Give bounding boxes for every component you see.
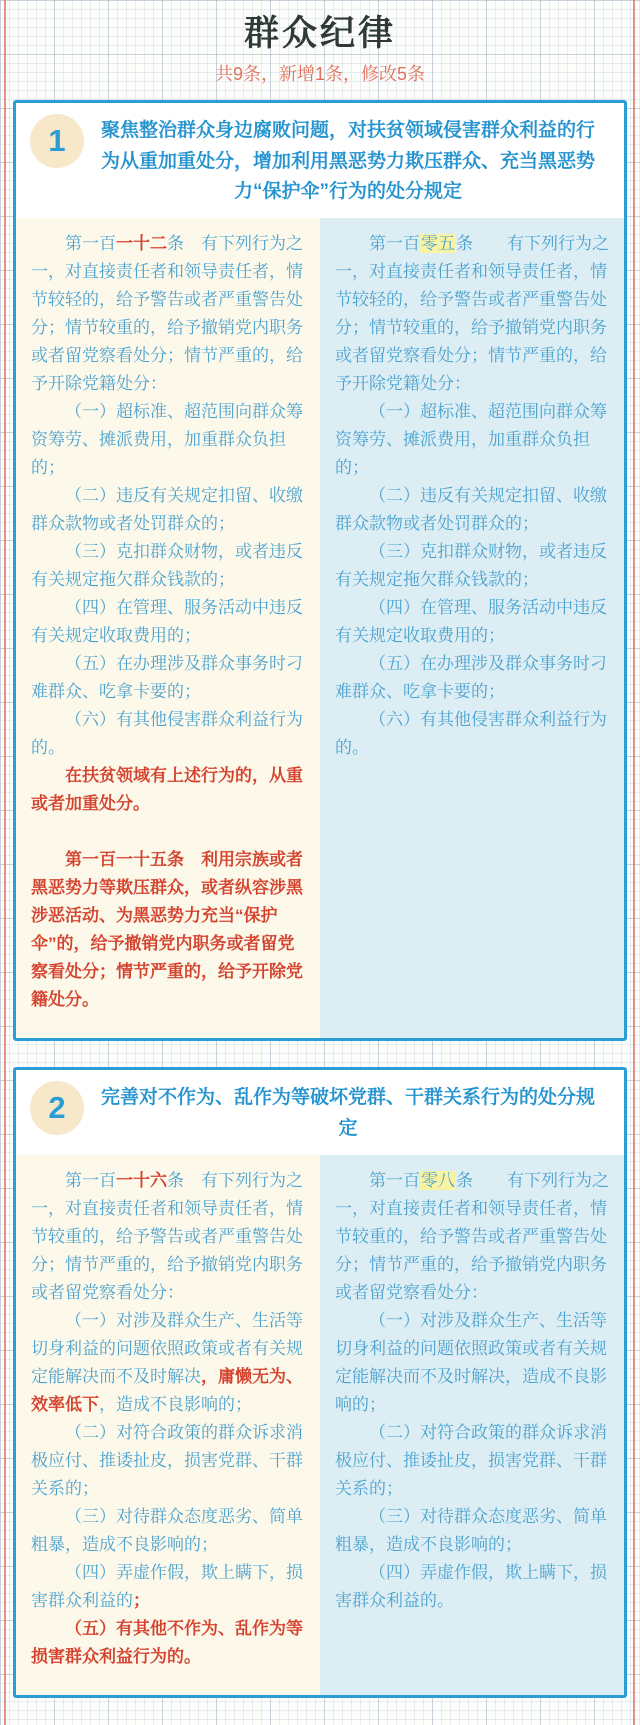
section-number-badge: 1 <box>30 114 84 168</box>
previous-rule-column: 第一百零八条 有下列行为之一，对直接责任者和领导责任者，情节较重的，给予警告或者… <box>320 1155 624 1695</box>
paragraph: （六）有其他侵害群众利益行为的。 <box>31 706 305 762</box>
body-text: （五）在办理涉及群众事务时刁难群众、吃拿卡要的； <box>31 654 303 701</box>
paragraph: （三）克扣群众财物，或者违反有关规定拖欠群众钱款的； <box>335 538 609 594</box>
section-2-header: 2 完善对不作为、乱作为等破坏党群、干群关系行为的处分规定 <box>16 1070 624 1155</box>
emphasized-text: 一十六 <box>116 1171 167 1190</box>
highlighted-text: 零五 <box>420 234 456 253</box>
paragraph: （三）对待群众态度恶劣、简单粗暴，造成不良影响的； <box>335 1503 609 1559</box>
paragraph: 第一百一十五条 利用宗族或者黑恶势力等欺压群众，或者纵容涉黑涉恶活动、为黑恶势力… <box>31 846 305 1014</box>
paragraph: （二）对符合政策的群众诉求消极应付、推诿扯皮，损害党群、干群关系的； <box>335 1419 609 1503</box>
previous-rule-column: 第一百零五条 有下列行为之一，对直接责任者和领导责任者，情节较轻的，给予警告或者… <box>320 218 624 1038</box>
revised-rule-column: 第一百一十二条 有下列行为之一，对直接责任者和领导责任者，情节较轻的，给予警告或… <box>16 218 320 1038</box>
comparison-columns: 第一百一十二条 有下列行为之一，对直接责任者和领导责任者，情节较轻的，给予警告或… <box>16 218 624 1038</box>
section-heading: 聚焦整治群众身边腐败问题，对扶贫领域侵害群众利益的行为从重加重处分，增加利用黑恶… <box>92 116 604 207</box>
body-text: 第一百 <box>369 1171 420 1190</box>
paragraph: 第一百一十二条 有下列行为之一，对直接责任者和领导责任者，情节较轻的，给予警告或… <box>31 230 305 398</box>
bottom-spacer <box>0 1698 640 1714</box>
paragraph: （四）在管理、服务活动中违反有关规定收取费用的； <box>335 594 609 650</box>
body-text: （一）超标准、超范围向群众筹资筹劳、摊派费用，加重群众负担的； <box>31 402 303 477</box>
body-text: 条 有下列行为之一，对直接责任者和领导责任者，情节较轻的，给予警告或者严重警告处… <box>335 234 609 393</box>
paragraph: （三）克扣群众财物，或者违反有关规定拖欠群众钱款的； <box>31 538 305 594</box>
section-gap <box>0 1041 640 1067</box>
body-text: （四）在管理、服务活动中违反有关规定收取费用的； <box>31 598 303 645</box>
notebook-margin-line-left <box>4 0 6 1725</box>
paragraph: （五）有其他不作为、乱作为等损害群众利益行为的。 <box>31 1615 305 1671</box>
section-heading: 完善对不作为、乱作为等破坏党群、干群关系行为的处分规定 <box>92 1083 604 1144</box>
paragraph: （四）弄虚作假，欺上瞒下，损害群众利益的； <box>31 1559 305 1615</box>
section-1-header: 1 聚焦整治群众身边腐败问题，对扶贫领域侵害群众利益的行为从重加重处分，增加利用… <box>16 103 624 218</box>
paragraph: 第一百零五条 有下列行为之一，对直接责任者和领导责任者，情节较轻的，给予警告或者… <box>335 230 609 398</box>
body-text: （五）在办理涉及群众事务时刁难群众、吃拿卡要的； <box>335 654 607 701</box>
highlighted-text: 零八 <box>420 1171 456 1190</box>
body-text: 第一百 <box>369 234 420 253</box>
paragraph: （三）对待群众态度恶劣、简单粗暴，造成不良影响的； <box>31 1503 305 1559</box>
section-card-2: 2 完善对不作为、乱作为等破坏党群、干群关系行为的处分规定 第一百一十六条 有下… <box>13 1067 627 1698</box>
body-text: （四）弄虚作假，欺上瞒下，损害群众利益的。 <box>335 1563 607 1610</box>
body-text: （六）有其他侵害群众利益行为的。 <box>335 710 607 757</box>
body-text: 条 有下列行为之一，对直接责任者和领导责任者，情节较重的，给予警告或者严重警告处… <box>335 1171 609 1302</box>
paragraph: （一）超标准、超范围向群众筹资筹劳、摊派费用，加重群众负担的； <box>335 398 609 482</box>
body-text: 条 有下列行为之一，对直接责任者和领导责任者，情节较重的，给予警告或者严重警告处… <box>31 1171 303 1302</box>
paragraph: （二）对符合政策的群众诉求消极应付、推诿扯皮，损害党群、干群关系的； <box>31 1419 305 1503</box>
paragraph: 第一百一十六条 有下列行为之一，对直接责任者和领导责任者，情节较重的，给予警告或… <box>31 1167 305 1307</box>
body-text: （一）超标准、超范围向群众筹资筹劳、摊派费用，加重群众负担的； <box>335 402 607 477</box>
body-text: （三）对待群众态度恶劣、简单粗暴，造成不良影响的； <box>31 1507 303 1554</box>
body-text: 第一百 <box>65 1171 116 1190</box>
revised-rule-column: 第一百一十六条 有下列行为之一，对直接责任者和领导责任者，情节较重的，给予警告或… <box>16 1155 320 1695</box>
body-text: （六）有其他侵害群众利益行为的。 <box>31 710 303 757</box>
page-title: 群众纪律 <box>0 0 640 54</box>
paragraph: 在扶贫领域有上述行为的，从重或者加重处分。 <box>31 762 305 818</box>
body-text: ，造成不良影响的； <box>99 1395 252 1414</box>
paragraph: （一）对涉及群众生产、生活等切身利益的问题依照政策或者有关规定能解决而不及时解决… <box>31 1307 305 1419</box>
page-subtitle: 共9条，新增1条，修改5条 <box>0 60 640 86</box>
body-text: （三）对待群众态度恶劣、简单粗暴，造成不良影响的； <box>335 1507 607 1554</box>
paragraph: （二）违反有关规定扣留、收缴群众款物或者处罚群众的； <box>335 482 609 538</box>
paragraph: （一）超标准、超范围向群众筹资筹劳、摊派费用，加重群众负担的； <box>31 398 305 482</box>
emphasized-text: 第一百一十五条 利用宗族或者黑恶势力等欺压群众，或者纵容涉黑涉恶活动、为黑恶势力… <box>31 850 303 1009</box>
paragraph: （四）在管理、服务活动中违反有关规定收取费用的； <box>31 594 305 650</box>
paragraph: （五）在办理涉及群众事务时刁难群众、吃拿卡要的； <box>335 650 609 706</box>
section-card-1: 1 聚焦整治群众身边腐败问题，对扶贫领域侵害群众利益的行为从重加重处分，增加利用… <box>13 100 627 1041</box>
body-text: 第一百 <box>65 234 116 253</box>
paragraph: （一）对涉及群众生产、生活等切身利益的问题依照政策或者有关规定能解决而不及时解决… <box>335 1307 609 1419</box>
emphasized-text: 一十二 <box>116 234 167 253</box>
body-text: （二）对符合政策的群众诉求消极应付、推诿扯皮，损害党群、干群关系的； <box>31 1423 303 1498</box>
body-text: （四）在管理、服务活动中违反有关规定收取费用的； <box>335 598 607 645</box>
comparison-columns: 第一百一十六条 有下列行为之一，对直接责任者和领导责任者，情节较重的，给予警告或… <box>16 1155 624 1695</box>
body-text: （一）对涉及群众生产、生活等切身利益的问题依照政策或者有关规定能解决而不及时解决… <box>335 1311 607 1414</box>
body-text: （三）克扣群众财物，或者违反有关规定拖欠群众钱款的； <box>335 542 607 589</box>
body-text: 条 有下列行为之一，对直接责任者和领导责任者，情节较轻的，给予警告或者严重警告处… <box>31 234 303 393</box>
paragraph: （六）有其他侵害群众利益行为的。 <box>335 706 609 762</box>
body-text: （二）违反有关规定扣留、收缴群众款物或者处罚群众的； <box>31 486 303 533</box>
notebook-margin-line-right <box>633 0 635 1725</box>
emphasized-text: （五）有其他不作为、乱作为等损害群众利益行为的。 <box>31 1619 303 1666</box>
body-text: （四）弄虚作假，欺上瞒下，损害群众利益的 <box>31 1563 303 1610</box>
paragraph: 第一百零八条 有下列行为之一，对直接责任者和领导责任者，情节较重的，给予警告或者… <box>335 1167 609 1307</box>
paragraph: （二）违反有关规定扣留、收缴群众款物或者处罚群众的； <box>31 482 305 538</box>
paragraph: （四）弄虚作假，欺上瞒下，损害群众利益的。 <box>335 1559 609 1615</box>
body-text: （二）违反有关规定扣留、收缴群众款物或者处罚群众的； <box>335 486 607 533</box>
paragraph: （五）在办理涉及群众事务时刁难群众、吃拿卡要的； <box>31 650 305 706</box>
body-text: （三）克扣群众财物，或者违反有关规定拖欠群众钱款的； <box>31 542 303 589</box>
emphasized-text: ； <box>133 1591 150 1610</box>
section-number-badge: 2 <box>30 1081 84 1135</box>
body-text: （二）对符合政策的群众诉求消极应付、推诿扯皮，损害党群、干群关系的； <box>335 1423 607 1498</box>
emphasized-text: 在扶贫领域有上述行为的，从重或者加重处分。 <box>31 766 303 813</box>
